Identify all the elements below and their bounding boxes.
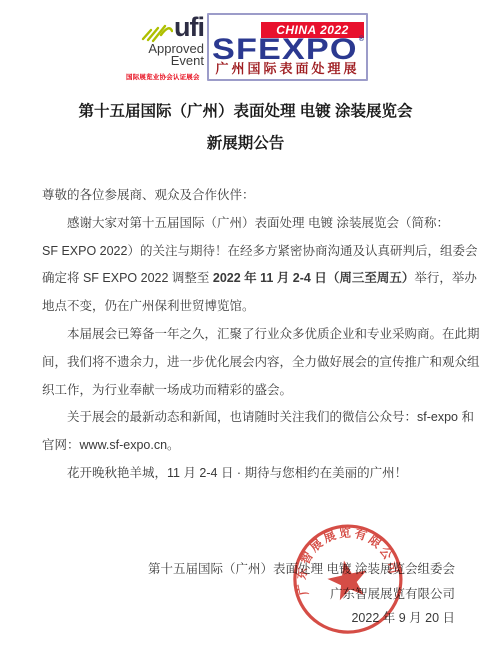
body-line: 地点不变，仍在广州保利世贸博览馆。 xyxy=(42,293,456,321)
body-line: 间，我们将不遗余力，进一步优化展会内容，全力做好展会的宣传推广和观众组 xyxy=(42,349,456,377)
signature-date: 2022 年 9 月 20 日 xyxy=(148,606,455,631)
ufi-brand-text: ufi xyxy=(174,15,204,39)
text-segment: 尊敬的各位参展商、观众及合作伙伴： xyxy=(42,188,255,202)
title-line-1: 第十五届国际（广州）表面处理 电镀 涂装展览会 xyxy=(0,96,491,128)
body-text: 尊敬的各位参展商、观众及合作伙伴：感谢大家对第十五届国际（广州）表面处理 电镀 … xyxy=(42,182,456,488)
ufi-caption-text: 国际展览业协会认证展会 xyxy=(126,72,204,81)
body-line: 花开晚秋艳羊城，11 月 2-4 日 · 期待与您相约在美丽的广州！ xyxy=(42,460,456,488)
body-line: 关于展会的最新动态和新闻，也请随时关注我们的微信公众号：sf-expo 和 xyxy=(42,404,456,432)
title-line-2: 新展期公告 xyxy=(0,128,491,160)
body-line: 官网：www.sf-expo.cn。 xyxy=(42,432,456,460)
text-segment: 织工作，为行业奉献一场成功而精彩的盛会。 xyxy=(42,383,292,397)
body-line: 感谢大家对第十五届国际（广州）表面处理 电镀 涂装展览会（简称： xyxy=(42,210,456,238)
document-title: 第十五届国际（广州）表面处理 电镀 涂装展览会 新展期公告 xyxy=(0,96,491,160)
ufi-logo: ufi Approved Event 国际展览业协会认证展会 xyxy=(126,15,204,81)
ufi-swoosh-icon xyxy=(141,21,173,43)
sfexpo-caption-text: 广州国际表面处理展 xyxy=(209,58,366,77)
header-logos: ufi Approved Event 国际展览业协会认证展会 CHINA 202… xyxy=(0,0,491,92)
text-segment: 官网： xyxy=(42,438,80,452)
body-line: SF EXPO 2022）的关注与期待！在经多方紧密协商沟通及认真研判后，组委会 xyxy=(42,238,456,266)
body-line: 本届展会已筹备一年之久，汇聚了行业众多优质企业和专业采购商。在此期 xyxy=(42,321,456,349)
text-segment: 确定将 SF EXPO 2022 调整至 xyxy=(42,271,213,285)
signature-block: 第十五届国际（广州）表面处理 电镀 涂装展览会组委会 广东智展展览有限公司 20… xyxy=(148,557,455,631)
body-line: 尊敬的各位参展商、观众及合作伙伴： xyxy=(42,182,456,210)
ufi-event-text: Event xyxy=(126,55,204,67)
body-line: 确定将 SF EXPO 2022 调整至 2022 年 11 月 2-4 日（周… xyxy=(42,265,456,293)
signature-organizer: 第十五届国际（广州）表面处理 电镀 涂装展览会组委会 xyxy=(148,557,455,582)
text-segment: 花开晚秋艳羊城，11 月 2-4 日 · 期待与您相约在美丽的广州！ xyxy=(67,466,407,480)
text-segment: 2022 年 11 月 2-4 日（周三至周五） xyxy=(213,271,414,285)
text-segment: 间，我们将不遗余力，进一步优化展会内容，全力做好展会的宣传推广和观众组 xyxy=(42,355,480,369)
sfexpo-registered-mark: ® xyxy=(359,36,364,43)
text-segment: 感谢大家对第十五届国际（广州）表面处理 电镀 涂装展览会（简称： xyxy=(67,216,449,230)
text-segment: 地点不变，仍在广州保利世贸博览馆。 xyxy=(42,299,255,313)
text-segment: 本届展会已筹备一年之久，汇聚了行业众多优质企业和专业采购商。在此期 xyxy=(67,327,480,341)
text-segment: 举行，举办 xyxy=(414,271,477,285)
website-url[interactable]: www.sf-expo.cn xyxy=(80,438,168,452)
body-line: 织工作，为行业奉献一场成功而精彩的盛会。 xyxy=(42,377,456,405)
text-segment: 。 xyxy=(167,438,180,452)
sfexpo-logo: CHINA 2022 SFEXPO ® 广州国际表面处理展 xyxy=(207,13,368,81)
text-segment: 关于展会的最新动态和新闻，也请随时关注我们的微信公众号：sf-expo 和 xyxy=(67,410,474,424)
announcement-page: ufi Approved Event 国际展览业协会认证展会 CHINA 202… xyxy=(0,0,491,650)
ufi-logo-row: ufi xyxy=(126,15,204,43)
text-segment: SF EXPO 2022）的关注与期待！在经多方紧密协商沟通及认真研判后，组委会 xyxy=(42,244,477,258)
signature-company: 广东智展展览有限公司 xyxy=(148,582,455,607)
